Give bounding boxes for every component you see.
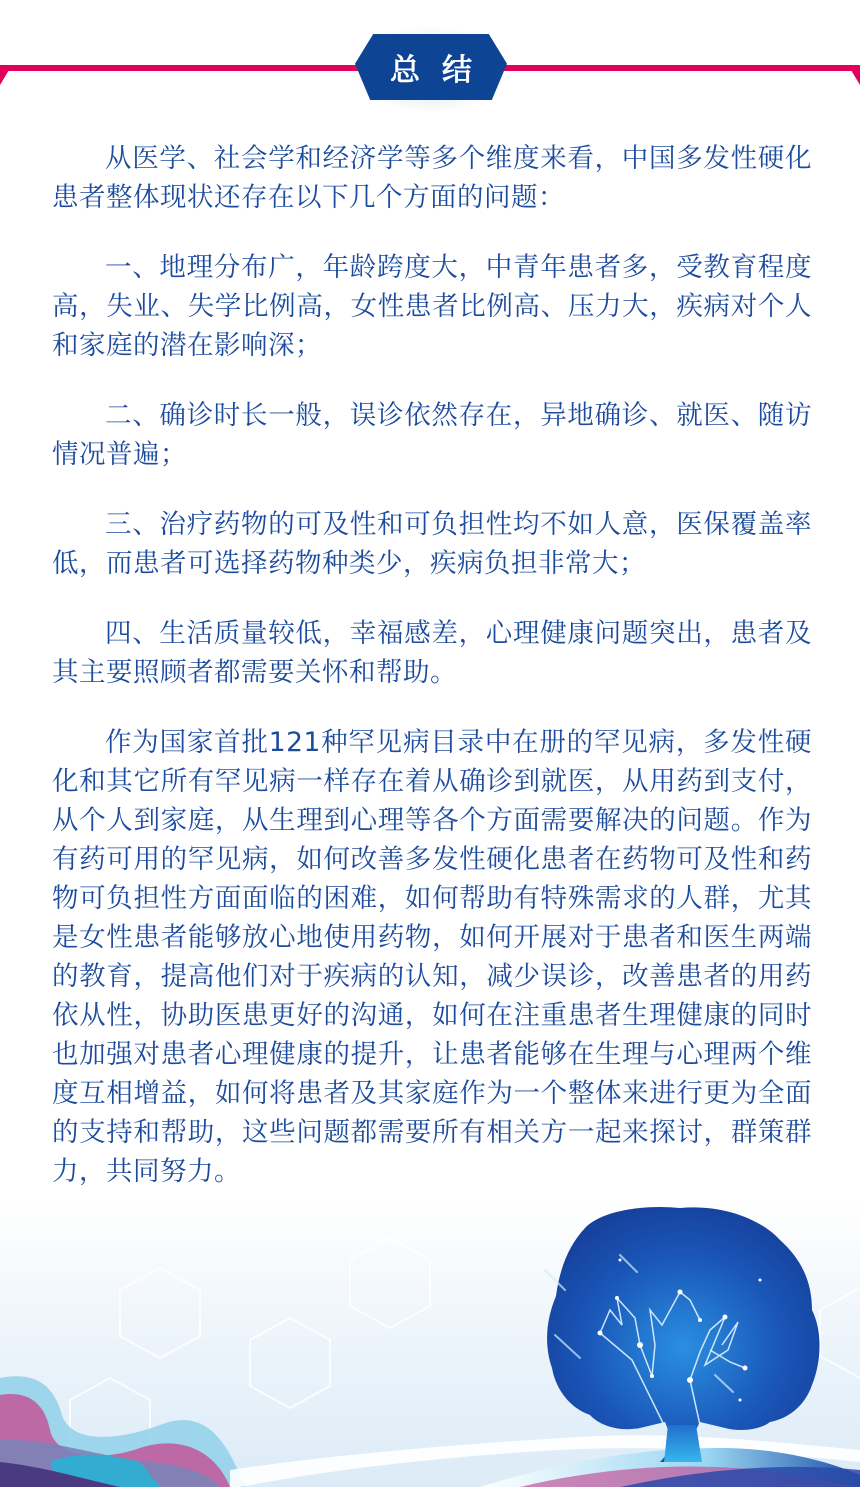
header-rule-right bbox=[500, 65, 860, 71]
decorative-background bbox=[0, 1200, 860, 1487]
header-rule-tip-left bbox=[0, 65, 12, 85]
page-title: 总结 bbox=[390, 45, 494, 89]
title-badge: 总结 bbox=[355, 34, 507, 100]
point-paragraph-1: 一、地理分布广，年龄跨度大，中青年患者多，受教育程度高，失业、失学比例高，女性患… bbox=[52, 248, 812, 365]
intro-paragraph: 从医学、社会学和经济学等多个维度来看，中国多发性硬化患者整体现状还存在以下几个方… bbox=[52, 139, 812, 217]
footer-decoration bbox=[0, 1200, 860, 1487]
starry-tree-icon bbox=[545, 1207, 820, 1462]
point-paragraph-3: 三、治疗药物的可及性和可负担性均不如人意，医保覆盖率低，而患者可选择药物种类少，… bbox=[52, 505, 812, 583]
conclusion-paragraph: 作为国家首批121种罕见病目录中在册的罕见病，多发性硬化和其它所有罕见病一样存在… bbox=[52, 723, 812, 1191]
header-rule-left bbox=[0, 65, 360, 71]
point-paragraph-2: 二、确诊时长一般，误诊依然存在，异地确诊、就医、随访情况普遍； bbox=[52, 396, 812, 474]
header-rule-tip-right bbox=[848, 65, 860, 85]
section-header: 总结 bbox=[0, 0, 860, 120]
point-paragraph-4: 四、生活质量较低，幸福感差，心理健康问题突出，患者及其主要照顾者都需要关怀和帮助… bbox=[52, 614, 812, 692]
summary-body: 从医学、社会学和经济学等多个维度来看，中国多发性硬化患者整体现状还存在以下几个方… bbox=[52, 139, 812, 1222]
